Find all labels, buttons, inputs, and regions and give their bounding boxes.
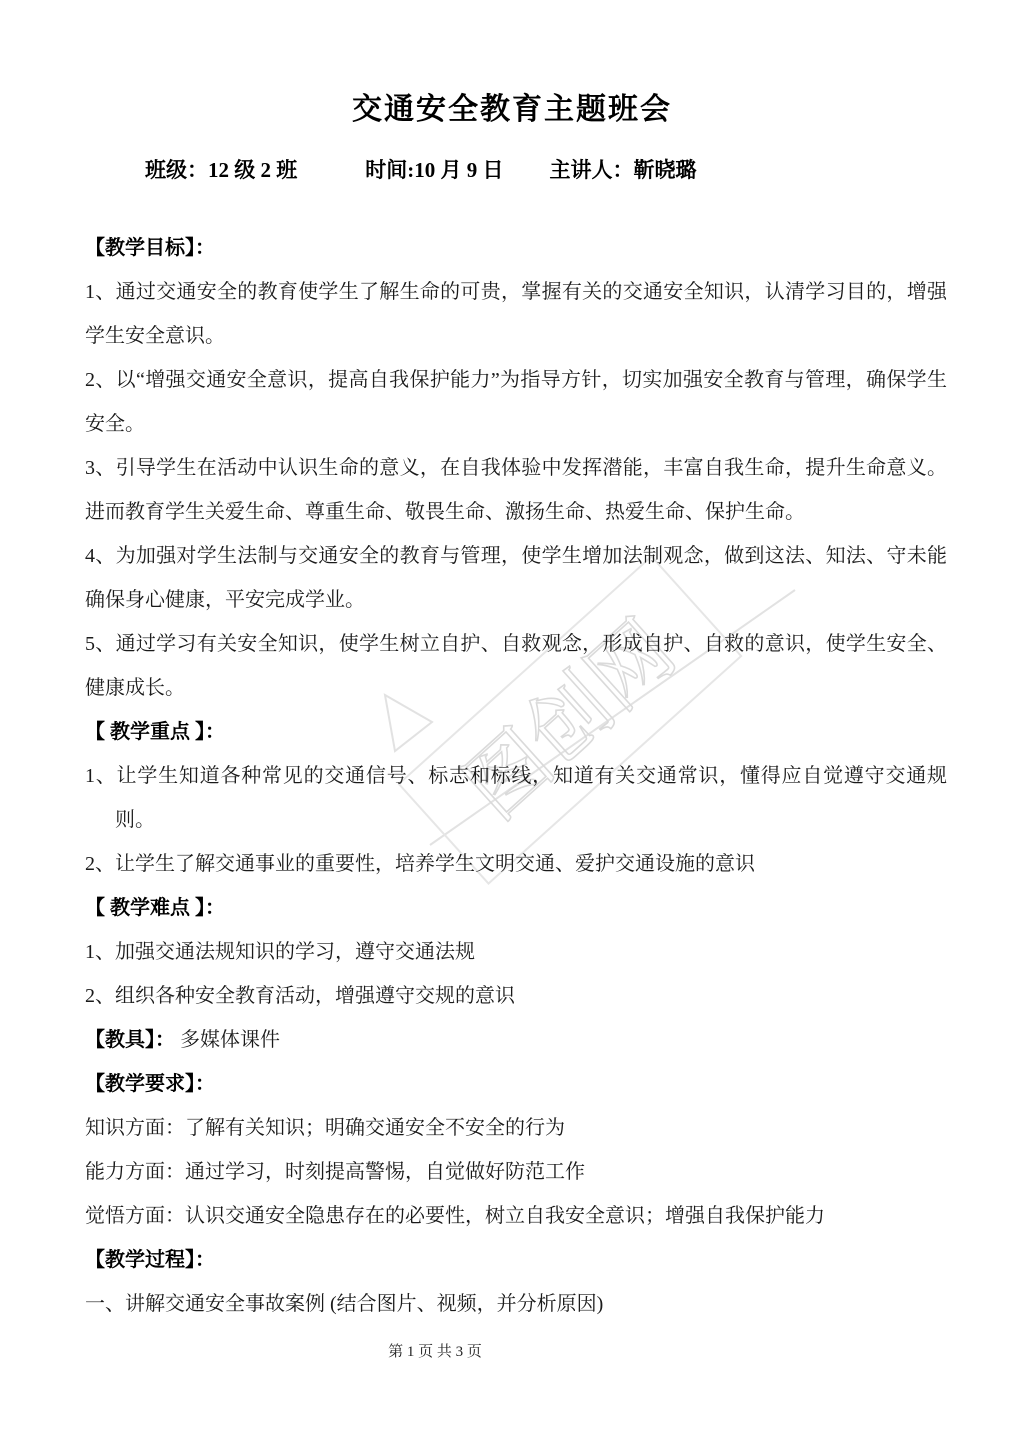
paragraph: 1、加强交通法规知识的学习，遵守交通法规 bbox=[85, 930, 947, 974]
inline-label: 【教具】： bbox=[85, 1029, 175, 1051]
paragraph: 1、让学生知道各种常见的交通信号、标志和标线，知道有关交通常识，懂得应自觉遵守交… bbox=[85, 754, 947, 842]
meta-speaker: 主讲人：靳晓璐 bbox=[550, 154, 697, 184]
paragraph: 知识方面：了解有关知识；明确交通安全不安全的行为 bbox=[85, 1106, 947, 1150]
paragraph: 2、让学生了解交通事业的重要性，培养学生文明交通、爱护交通设施的意识 bbox=[85, 842, 947, 886]
paragraph: 2、组织各种安全教育活动，增强遵守交规的意识 bbox=[85, 974, 947, 1018]
paragraph: 一、讲解交通安全事故案例 (结合图片、视频，并分析原因) bbox=[85, 1282, 947, 1326]
document-meta: 班级：12 级 2 班 时间:10 月 9 日 主讲人：靳晓璐 bbox=[145, 154, 1024, 184]
document-body: 【教学目标】：1、通过交通安全的教育使学生了解生命的可贵，掌握有关的交通安全知识… bbox=[85, 226, 947, 1326]
section-heading: 【教学要求】： bbox=[85, 1062, 947, 1106]
paragraph: 【教具】： 多媒体课件 bbox=[85, 1018, 947, 1062]
section-heading: 【教学过程】： bbox=[85, 1238, 947, 1282]
paragraph: 2、以“增强交通安全意识，提高自我保护能力”为指导方针，切实加强安全教育与管理，… bbox=[85, 358, 947, 446]
paragraph: 5、通过学习有关安全知识，使学生树立自护、自救观念，形成自护、自救的意识，使学生… bbox=[85, 622, 947, 710]
section-heading: 【教学目标】： bbox=[85, 226, 947, 270]
page-title: 交通安全教育主题班会 bbox=[0, 0, 1024, 128]
section-heading: 【 教学难点 】： bbox=[85, 886, 947, 930]
paragraph: 4、为加强对学生法制与交通安全的教育与管理，使学生增加法制观念，做到这法、知法、… bbox=[85, 534, 947, 622]
section-heading: 【 教学重点 】： bbox=[85, 710, 947, 754]
meta-time: 时间:10 月 9 日 bbox=[365, 154, 503, 184]
document-page: 交通安全教育主题班会 班级：12 级 2 班 时间:10 月 9 日 主讲人：靳… bbox=[0, 0, 1024, 1449]
meta-class: 班级：12 级 2 班 bbox=[145, 154, 297, 184]
page-number: 第 1 页 共 3 页 bbox=[388, 1340, 482, 1361]
paragraph: 1、通过交通安全的教育使学生了解生命的可贵，掌握有关的交通安全知识，认清学习目的… bbox=[85, 270, 947, 358]
paragraph: 3、引导学生在活动中认识生命的意义，在自我体验中发挥潜能，丰富自我生命，提升生命… bbox=[85, 446, 947, 534]
paragraph: 能力方面：通过学习，时刻提高警惕，自觉做好防范工作 bbox=[85, 1150, 947, 1194]
paragraph: 觉悟方面：认识交通安全隐患存在的必要性，树立自我安全意识；增强自我保护能力 bbox=[85, 1194, 947, 1238]
